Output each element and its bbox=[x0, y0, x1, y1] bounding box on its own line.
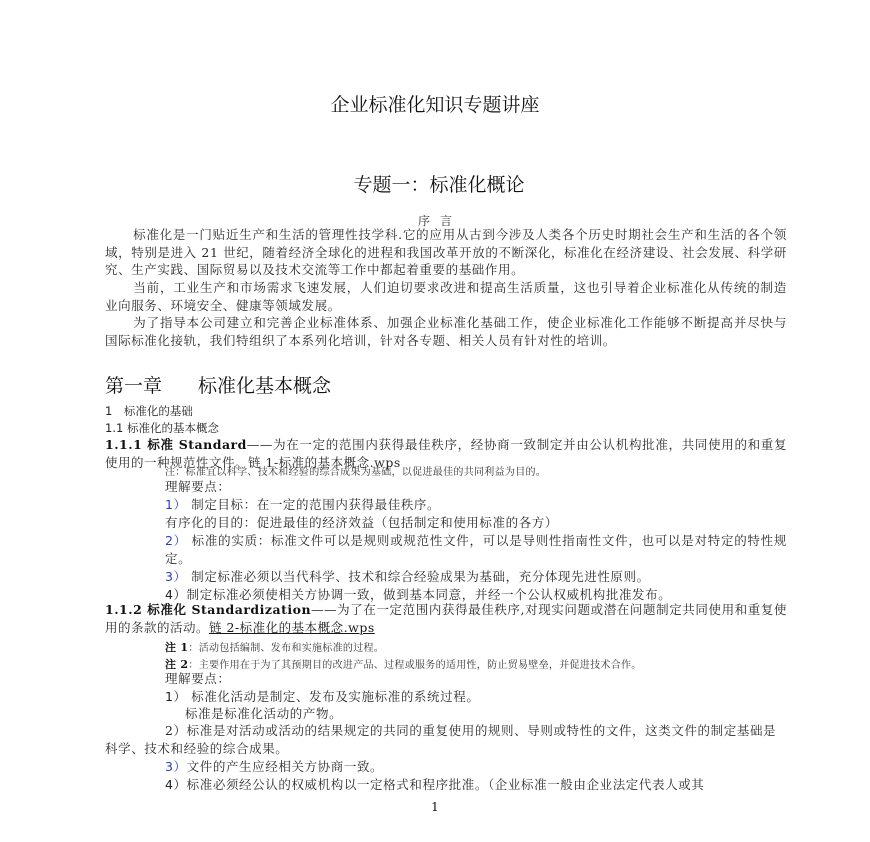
link-standardization-concept[interactable]: 链 2-标准化的基本概念.wps bbox=[209, 620, 375, 635]
note-1-text: ：活动包括编制、发布和实施标准的过程。 bbox=[188, 643, 384, 654]
chapter-title: 标准化基本概念 bbox=[198, 375, 331, 397]
point-2-2-number: 2） bbox=[165, 723, 187, 738]
definition-standard-label: 1.1.1 标准 Standard bbox=[105, 437, 247, 452]
note-1-label: 注 1 bbox=[165, 641, 188, 654]
point-2-1b-text: 标准是标准化活动的产物。 bbox=[185, 706, 342, 721]
point-1-2-number: 2） bbox=[165, 533, 187, 548]
preface-paragraph-3-text: 为了指导本公司建立和完善企业标准体系、加强企业标准化基础工作，使企业标准化工作能… bbox=[105, 315, 787, 348]
point-2-2-text: 标准是对活动或活动的结果规定的共同的重复使用的规则、导则或特性的文件，这类文件的… bbox=[105, 723, 776, 756]
point-1-4-number: 4） bbox=[165, 587, 187, 602]
point-2-4-text: 标准必须经公认的权威机构以一定格式和程序批准。（企业标准一般由企业法定代表人或其 bbox=[187, 777, 705, 792]
points-label-1: 理解要点： bbox=[165, 478, 787, 496]
section-1-1-heading: 1.1 标准化的基本概念 bbox=[105, 420, 219, 436]
preface-paragraph-3: 为了指导本公司建立和完善企业标准体系、加强企业标准化基础工作，使企业标准化工作能… bbox=[105, 314, 787, 349]
chapter-number: 第一章 bbox=[105, 375, 162, 397]
note-standard: 注：标准宜以科学、技术和经验的综合成果为基础，以促进最佳的共同利益为目的。 bbox=[165, 463, 546, 478]
page-number: 1 bbox=[0, 800, 870, 814]
point-1-1b-text: 有序化的目的：促进最佳的经济效益（包括制定和使用标准的各方） bbox=[165, 515, 558, 530]
point-1-1-number: 1） bbox=[165, 497, 187, 512]
section-1-heading: 1 标准化的基础 bbox=[105, 403, 193, 419]
point-1-1b: 有序化的目的：促进最佳的经济效益（包括制定和使用标准的各方） bbox=[165, 514, 787, 532]
point-1-1: 1） 制定目标：在一定的范围内获得最佳秩序。 bbox=[165, 496, 787, 514]
point-2-1: 1） 标准化活动是制定、发布及实施标准的系统过程。 bbox=[165, 688, 787, 706]
point-1-3-number: 3） bbox=[165, 569, 187, 584]
point-2-2: 2）标准是对活动或活动的结果规定的共同的重复使用的规则、导则或特性的文件，这类文… bbox=[105, 722, 787, 758]
point-1-1-text: 制定目标：在一定的范围内获得最佳秩序。 bbox=[191, 497, 440, 512]
document-title: 企业标准化知识专题讲座 bbox=[0, 90, 870, 117]
point-2-1b: 标准是标准化活动的产物。 bbox=[165, 705, 787, 723]
points-label-2: 理解要点： bbox=[165, 670, 787, 688]
point-2-3-text: 文件的产生应经相关方协商一致。 bbox=[187, 759, 384, 774]
document-subtitle: 专题一：标准化概论 bbox=[0, 170, 870, 197]
point-2-4-number: 4） bbox=[165, 777, 187, 792]
note-standardization-1: 注 1：活动包括编制、发布和实施标准的过程。 bbox=[165, 639, 384, 655]
point-1-3-text: 制定标准必须以当代科学、技术和综合经验成果为基础，充分体现先进性原则。 bbox=[191, 569, 650, 584]
document-page: 企业标准化知识专题讲座 专题一：标准化概论 序言 标准化是一门贴近生产和生活的管… bbox=[0, 0, 870, 842]
definition-standardization: 1.1.2 标准化 Standardization——为了在一定范围内获得最佳秩… bbox=[105, 601, 787, 637]
point-1-2: 2） 标准的实质：标准文件可以是规则或规范性文件，可以是导则性指南性文件，也可以… bbox=[165, 532, 787, 568]
chapter-heading: 第一章标准化基本概念 bbox=[105, 371, 331, 398]
point-2-3: 3）文件的产生应经相关方协商一致。 bbox=[165, 758, 787, 776]
preface-paragraph-2-text: 当前，工业生产和市场需求飞速发展，人们迫切要求改进和提高生活质量，这也引导着企业… bbox=[105, 280, 787, 313]
point-1-2-text: 标准的实质：标准文件可以是规则或规范性文件，可以是导则性指南性文件，也可以是对特… bbox=[165, 533, 787, 566]
point-2-4: 4）标准必须经公认的权威机构以一定格式和程序批准。（企业标准一般由企业法定代表人… bbox=[165, 776, 787, 794]
point-1-4-text: 制定标准必须使相关方协调一致，做到基本同意，并经一个公认权威机构批准发布。 bbox=[187, 587, 672, 602]
point-1-3: 3） 制定标准必须以当代科学、技术和综合经验成果为基础，充分体现先进性原则。 bbox=[165, 568, 787, 586]
preface-paragraph-2: 当前，工业生产和市场需求飞速发展，人们迫切要求改进和提高生活质量，这也引导着企业… bbox=[105, 279, 787, 314]
preface-paragraph-1: 标准化是一门贴近生产和生活的管理性技学科.它的应用从古到今涉及人类各个历史时期社… bbox=[105, 226, 787, 279]
definition-standardization-label: 1.1.2 标准化 Standardization bbox=[105, 602, 311, 617]
point-2-1-text: 标准化活动是制定、发布及实施标准的系统过程。 bbox=[191, 689, 479, 704]
point-2-1-number: 1） bbox=[165, 689, 187, 704]
point-2-3-number: 3） bbox=[165, 759, 187, 774]
preface-paragraph-1-text: 标准化是一门贴近生产和生活的管理性技学科.它的应用从古到今涉及人类各个历史时期社… bbox=[105, 227, 787, 277]
